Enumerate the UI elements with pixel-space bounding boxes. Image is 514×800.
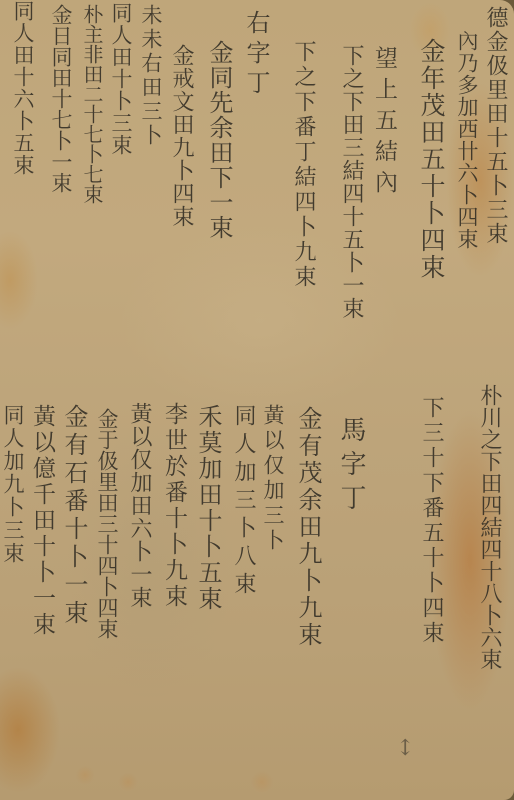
text-column-upper-11: 同人田十卜三束	[110, 2, 131, 156]
text-column-lower-11: 金有石番十卜一束	[62, 404, 86, 628]
text-column-lower-5: 黃以仅加三卜	[262, 404, 283, 554]
text-column-upper-13: 金日同田十七卜一束	[50, 4, 71, 193]
text-column-lower-6: 同人加三卜八束	[232, 404, 254, 600]
text-column-lower-3: 馬字丁	[338, 416, 364, 518]
text-column-upper-6: 下之下番丁結四卜九束	[292, 40, 314, 290]
text-column-upper-9: 金戒文田九卜四束	[170, 44, 192, 228]
text-column-upper-7: 右字丁	[244, 10, 268, 100]
text-column-lower-8: 李世於番十卜九束	[162, 402, 185, 610]
text-column-upper-14: 同人田十六卜五束	[12, 0, 33, 176]
text-column-lower-7: 禾莫加田十卜五束	[196, 404, 220, 612]
text-column-upper-1: 德金伋里田十五卜三束	[484, 6, 506, 246]
text-column-upper-4: 望上五結內	[372, 46, 395, 201]
text-column-upper-5: 下之下田三結四十五卜一束	[340, 44, 362, 320]
text-column-lower-2: 下三十下番五十卜四束	[420, 396, 442, 646]
text-column-upper-10: 未未右田三卜	[140, 4, 161, 148]
text-column-lower-12: 黃以億千田十卜一束	[30, 404, 53, 638]
text-column-lower-13: 同人加九卜三束	[2, 404, 23, 565]
text-column-upper-12: 朴主非田二十七卜七束	[82, 4, 102, 204]
text-column-upper-8: 金同先余田下一束	[207, 40, 231, 240]
text-column-lower-1: 朴川之下田四結四十八卜六束	[478, 384, 500, 670]
bottom-tick-mark: ↕	[396, 736, 414, 761]
text-column-upper-2: 內乃多加西卄六卜四束	[456, 30, 477, 250]
text-column-upper-3: 金年茂田五十卜四束	[419, 38, 444, 281]
text-column-lower-10: 金于伋里田三十四卜四束	[96, 408, 117, 639]
text-column-lower-9: 黃以仅加田六卜一束	[128, 402, 150, 609]
text-column-lower-4: 金有茂余田九卜九束	[296, 406, 320, 649]
document-page: 德金伋里田十五卜三束 內乃多加西卄六卜四束 金年茂田五十卜四束 望上五結內 下之…	[0, 0, 514, 800]
